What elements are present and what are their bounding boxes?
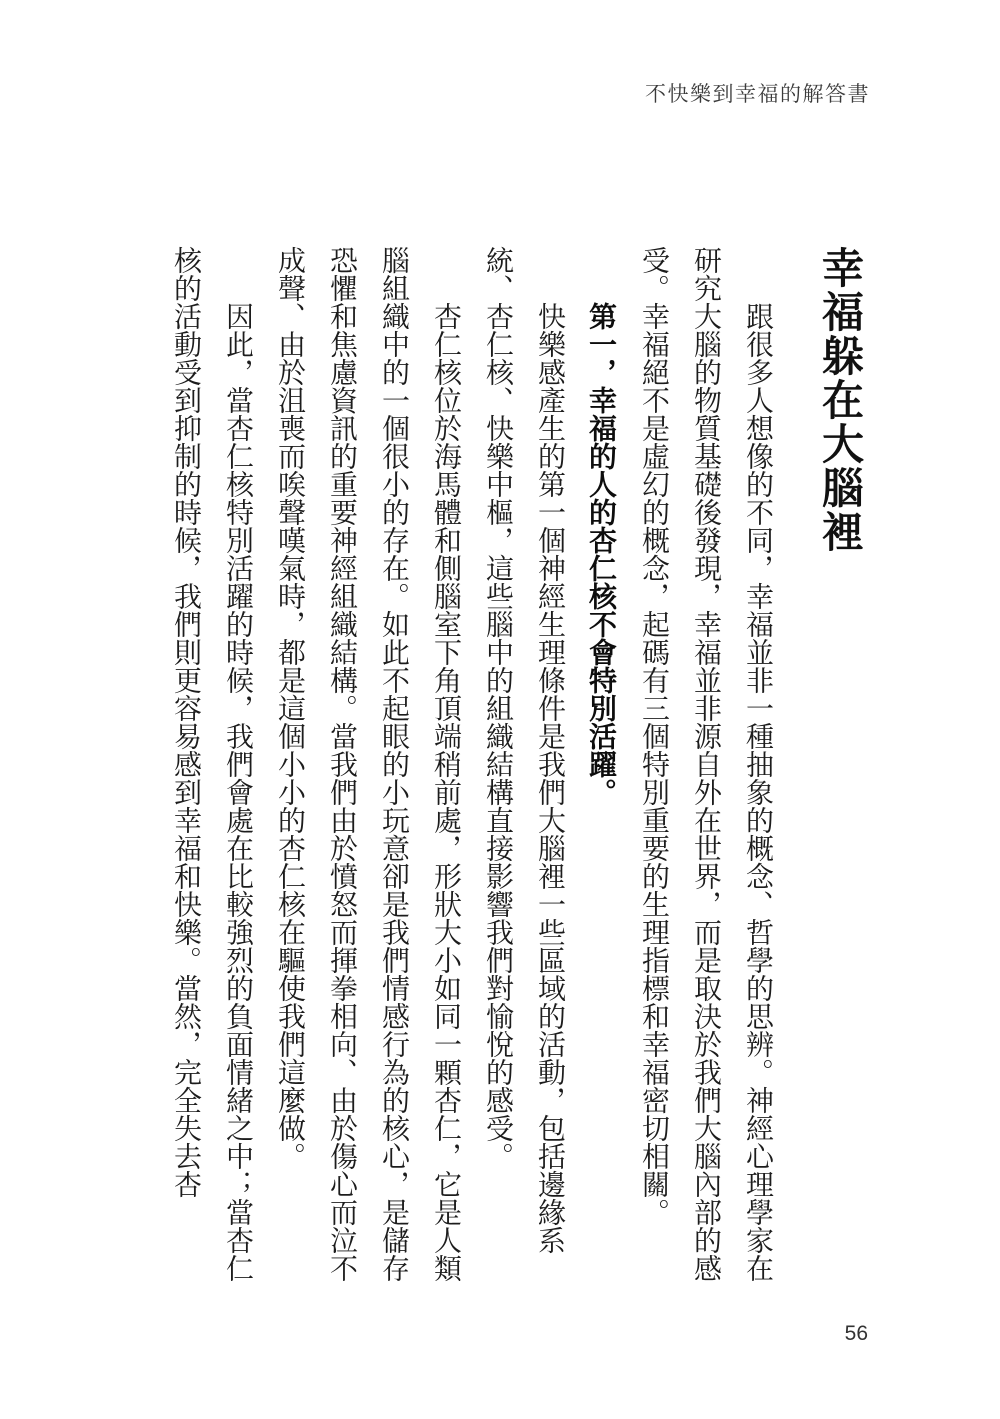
book-page: 不快樂到幸福的解答書 幸福躲在大腦裡 跟很多人想像的不同，幸福並非一種抽象的概念… xyxy=(0,0,1000,1419)
paragraph: 跟很多人想像的不同，幸福並非一種抽象的概念、哲學的思辨。神經心理學家在研究大腦的… xyxy=(627,246,783,1286)
paragraph: 因此，當杏仁核特別活躍的時候，我們會處在比較強烈的負面情緒之中；當杏仁核的活動受… xyxy=(159,246,263,1286)
chapter-title: 幸福躲在大腦裡 xyxy=(815,246,865,1286)
page-number: 56 xyxy=(845,1322,868,1346)
paragraph: 快樂感產生的第一個神經生理條件是我們大腦裡一些區域的活動，包括邊緣系統、杏仁核、… xyxy=(471,246,575,1286)
page-content: 幸福躲在大腦裡 跟很多人想像的不同，幸福並非一種抽象的概念、哲學的思辨。神經心理… xyxy=(159,246,865,1286)
running-header-book-title: 不快樂到幸福的解答書 xyxy=(645,78,870,108)
paragraph-emphasis: 第一，幸福的人的杏仁核不會特別活躍。 xyxy=(575,246,627,1286)
paragraph: 杏仁核位於海馬體和側腦室下角頂端稍前處，形狀大小如同一顆杏仁，它是人類腦組織中的… xyxy=(263,246,471,1286)
